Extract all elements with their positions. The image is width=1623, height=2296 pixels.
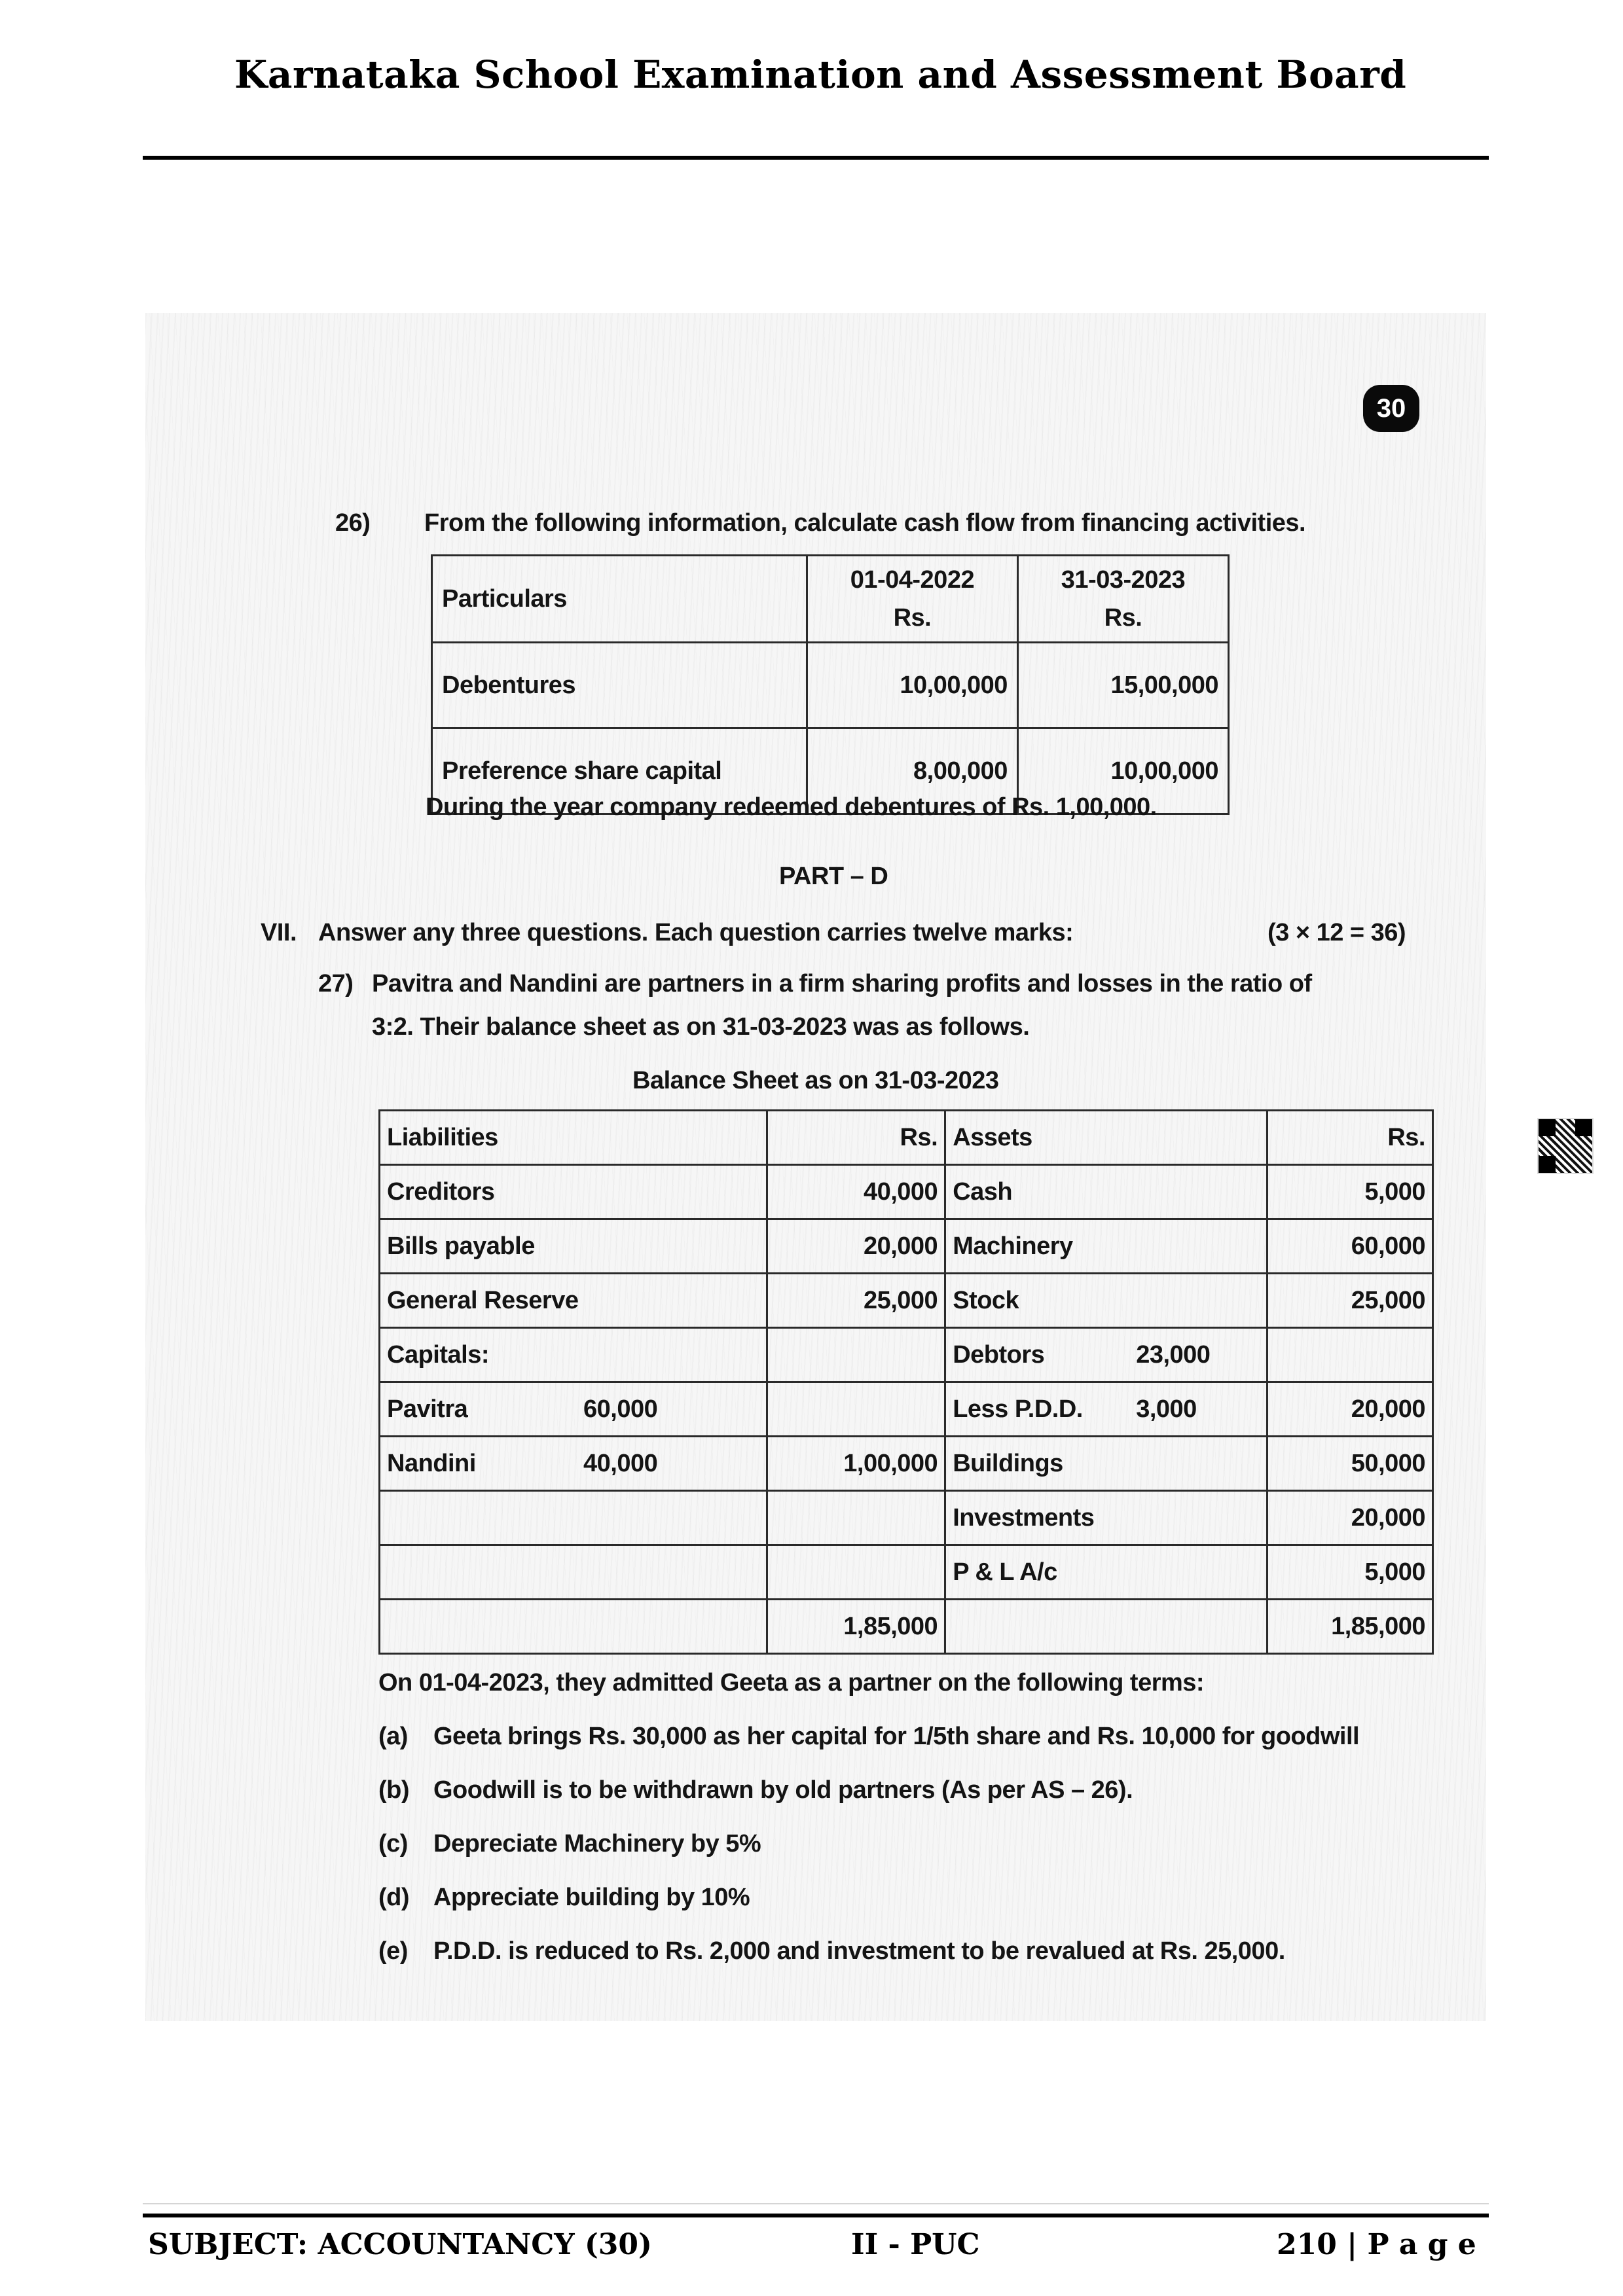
liability-name: Bills payable bbox=[387, 1232, 535, 1260]
asset-name: Machinery bbox=[953, 1232, 1072, 1260]
date-2023-label: 31-03-2023 bbox=[1028, 561, 1218, 599]
unit-label: Rs. bbox=[1028, 599, 1218, 637]
liability-amount bbox=[767, 1328, 945, 1382]
row-value: 10,00,000 bbox=[807, 643, 1017, 728]
asset-cell: Investments bbox=[945, 1491, 1267, 1545]
asset-cell: Cash bbox=[945, 1165, 1267, 1219]
liability-name: Capitals: bbox=[387, 1341, 489, 1369]
asset-amount: 50,000 bbox=[1267, 1437, 1433, 1491]
term-label: (d) bbox=[378, 1884, 409, 1912]
row-value: 15,00,000 bbox=[1017, 643, 1228, 728]
question-27-line1: Pavitra and Nandini are partners in a fi… bbox=[372, 970, 1312, 998]
question-26-prompt: From the following information, calculat… bbox=[424, 509, 1305, 537]
table-row: Nandini40,0001,00,000Buildings50,000 bbox=[380, 1437, 1433, 1491]
footer-page-number: 210 | P a g e bbox=[1277, 2228, 1476, 2261]
asset-cell: Buildings bbox=[945, 1437, 1267, 1491]
question-27-number: 27) bbox=[318, 970, 353, 998]
asset-amount: 1,85,000 bbox=[1267, 1600, 1433, 1654]
table-header-row: Particulars 01-04-2022 Rs. 31-03-2023 Rs… bbox=[432, 556, 1229, 643]
liability-amount: 1,85,000 bbox=[767, 1600, 945, 1654]
liability-name: General Reserve bbox=[387, 1287, 578, 1314]
page-number-badge: 30 bbox=[1363, 385, 1419, 432]
q26-data-table: Particulars 01-04-2022 Rs. 31-03-2023 Rs… bbox=[431, 554, 1230, 815]
term-text: Geeta brings Rs. 30,000 as her capital f… bbox=[433, 1723, 1359, 1751]
liability-cell: Capitals: bbox=[380, 1328, 767, 1382]
row-label: Debentures bbox=[432, 643, 807, 728]
liability-cell: Creditors bbox=[380, 1165, 767, 1219]
term-label: (c) bbox=[378, 1830, 408, 1858]
balance-sheet-table: Liabilities Rs. Assets Rs. Creditors40,0… bbox=[378, 1109, 1434, 1655]
asset-amount: 20,000 bbox=[1267, 1491, 1433, 1545]
asset-amount: 5,000 bbox=[1267, 1165, 1433, 1219]
liability-cell: Nandini40,000 bbox=[380, 1437, 767, 1491]
asset-amount: 5,000 bbox=[1267, 1545, 1433, 1600]
table-row: Pavitra60,000Less P.D.D.3,00020,000 bbox=[380, 1382, 1433, 1437]
liability-cell bbox=[380, 1491, 767, 1545]
balance-sheet-header-row: Liabilities Rs. Assets Rs. bbox=[380, 1111, 1433, 1165]
footer-thin-rule bbox=[143, 2203, 1489, 2204]
asset-cell: P & L A/c bbox=[945, 1545, 1267, 1600]
asset-name: P & L A/c bbox=[953, 1558, 1057, 1586]
footer-class: II - PUC bbox=[851, 2228, 980, 2261]
liability-cell: General Reserve bbox=[380, 1274, 767, 1328]
header-date-2022: 01-04-2022 Rs. bbox=[807, 556, 1017, 643]
liability-amount: 1,00,000 bbox=[767, 1437, 945, 1491]
header-date-2023: 31-03-2023 Rs. bbox=[1017, 556, 1228, 643]
liability-subamount: 40,000 bbox=[583, 1450, 657, 1478]
asset-amount: 60,000 bbox=[1267, 1219, 1433, 1274]
asset-name: Debtors bbox=[953, 1341, 1044, 1369]
header-particulars: Particulars bbox=[432, 556, 807, 643]
section-marks: (3 × 12 = 36) bbox=[1267, 919, 1406, 947]
question-27-line2: 3:2. Their balance sheet as on 31-03-202… bbox=[372, 1013, 1029, 1041]
term-text: P.D.D. is reduced to Rs. 2,000 and inves… bbox=[433, 1937, 1285, 1965]
liability-cell bbox=[380, 1600, 767, 1654]
term-label: (e) bbox=[378, 1937, 408, 1965]
asset-name: Stock bbox=[953, 1287, 1019, 1314]
question-26-note: During the year company redeemed debentu… bbox=[426, 793, 1157, 821]
liability-amount bbox=[767, 1382, 945, 1437]
asset-name: Buildings bbox=[953, 1450, 1063, 1477]
qr-code-icon[interactable] bbox=[1537, 1118, 1594, 1174]
asset-name: Investments bbox=[953, 1504, 1094, 1532]
question-26-number: 26) bbox=[335, 509, 370, 537]
footer-subject: SUBJECT: ACCOUNTANCY (30) bbox=[148, 2228, 652, 2261]
table-row: Capitals:Debtors23,000 bbox=[380, 1328, 1433, 1382]
liability-amount bbox=[767, 1545, 945, 1600]
liability-cell: Pavitra60,000 bbox=[380, 1382, 767, 1437]
asset-name: Cash bbox=[953, 1178, 1012, 1206]
liability-amount: 20,000 bbox=[767, 1219, 945, 1274]
unit-label: Rs. bbox=[817, 599, 1008, 637]
asset-cell: Debtors23,000 bbox=[945, 1328, 1267, 1382]
header-divider bbox=[143, 156, 1489, 160]
liability-name: Pavitra bbox=[387, 1395, 467, 1423]
liability-name: Nandini bbox=[387, 1450, 476, 1477]
table-row: Investments20,000 bbox=[380, 1491, 1433, 1545]
asset-cell bbox=[945, 1600, 1267, 1654]
liability-subamount: 60,000 bbox=[583, 1395, 657, 1424]
term-text: Depreciate Machinery by 5% bbox=[433, 1830, 761, 1858]
asset-amount: 20,000 bbox=[1267, 1382, 1433, 1437]
asset-cell: Less P.D.D.3,000 bbox=[945, 1382, 1267, 1437]
liability-name: Creditors bbox=[387, 1178, 494, 1206]
asset-cell: Stock bbox=[945, 1274, 1267, 1328]
table-row: Creditors40,000Cash5,000 bbox=[380, 1165, 1433, 1219]
table-row: P & L A/c5,000 bbox=[380, 1545, 1433, 1600]
admission-intro: On 01-04-2023, they admitted Geeta as a … bbox=[378, 1669, 1204, 1697]
table-row: Debentures 10,00,000 15,00,000 bbox=[432, 643, 1229, 728]
asset-amount: 25,000 bbox=[1267, 1274, 1433, 1328]
liabilities-rs-header: Rs. bbox=[767, 1111, 945, 1165]
liabilities-header: Liabilities bbox=[380, 1111, 767, 1165]
balance-sheet-title: Balance Sheet as on 31-03-2023 bbox=[632, 1067, 999, 1095]
part-title: PART – D bbox=[779, 863, 888, 891]
liability-amount bbox=[767, 1491, 945, 1545]
date-2022-label: 01-04-2022 bbox=[817, 561, 1008, 599]
term-label: (b) bbox=[378, 1776, 409, 1804]
term-text: Appreciate building by 10% bbox=[433, 1884, 750, 1912]
assets-rs-header: Rs. bbox=[1267, 1111, 1433, 1165]
assets-header: Assets bbox=[945, 1111, 1267, 1165]
asset-amount bbox=[1267, 1328, 1433, 1382]
section-instruction: Answer any three questions. Each questio… bbox=[318, 919, 1073, 947]
board-title: Karnataka School Examination and Assessm… bbox=[234, 52, 1406, 97]
asset-subamount: 3,000 bbox=[1136, 1395, 1197, 1424]
table-row: Bills payable20,000Machinery60,000 bbox=[380, 1219, 1433, 1274]
liability-cell: Bills payable bbox=[380, 1219, 767, 1274]
table-row: General Reserve25,000Stock25,000 bbox=[380, 1274, 1433, 1328]
liability-amount: 25,000 bbox=[767, 1274, 945, 1328]
liability-amount: 40,000 bbox=[767, 1165, 945, 1219]
asset-cell: Machinery bbox=[945, 1219, 1267, 1274]
liability-cell bbox=[380, 1545, 767, 1600]
asset-subamount: 23,000 bbox=[1136, 1341, 1210, 1369]
term-label: (a) bbox=[378, 1723, 408, 1751]
table-row: 1,85,0001,85,000 bbox=[380, 1600, 1433, 1654]
section-number: VII. bbox=[261, 919, 297, 947]
footer-divider bbox=[143, 2214, 1489, 2217]
asset-name: Less P.D.D. bbox=[953, 1395, 1083, 1423]
term-text: Goodwill is to be withdrawn by old partn… bbox=[433, 1776, 1133, 1804]
